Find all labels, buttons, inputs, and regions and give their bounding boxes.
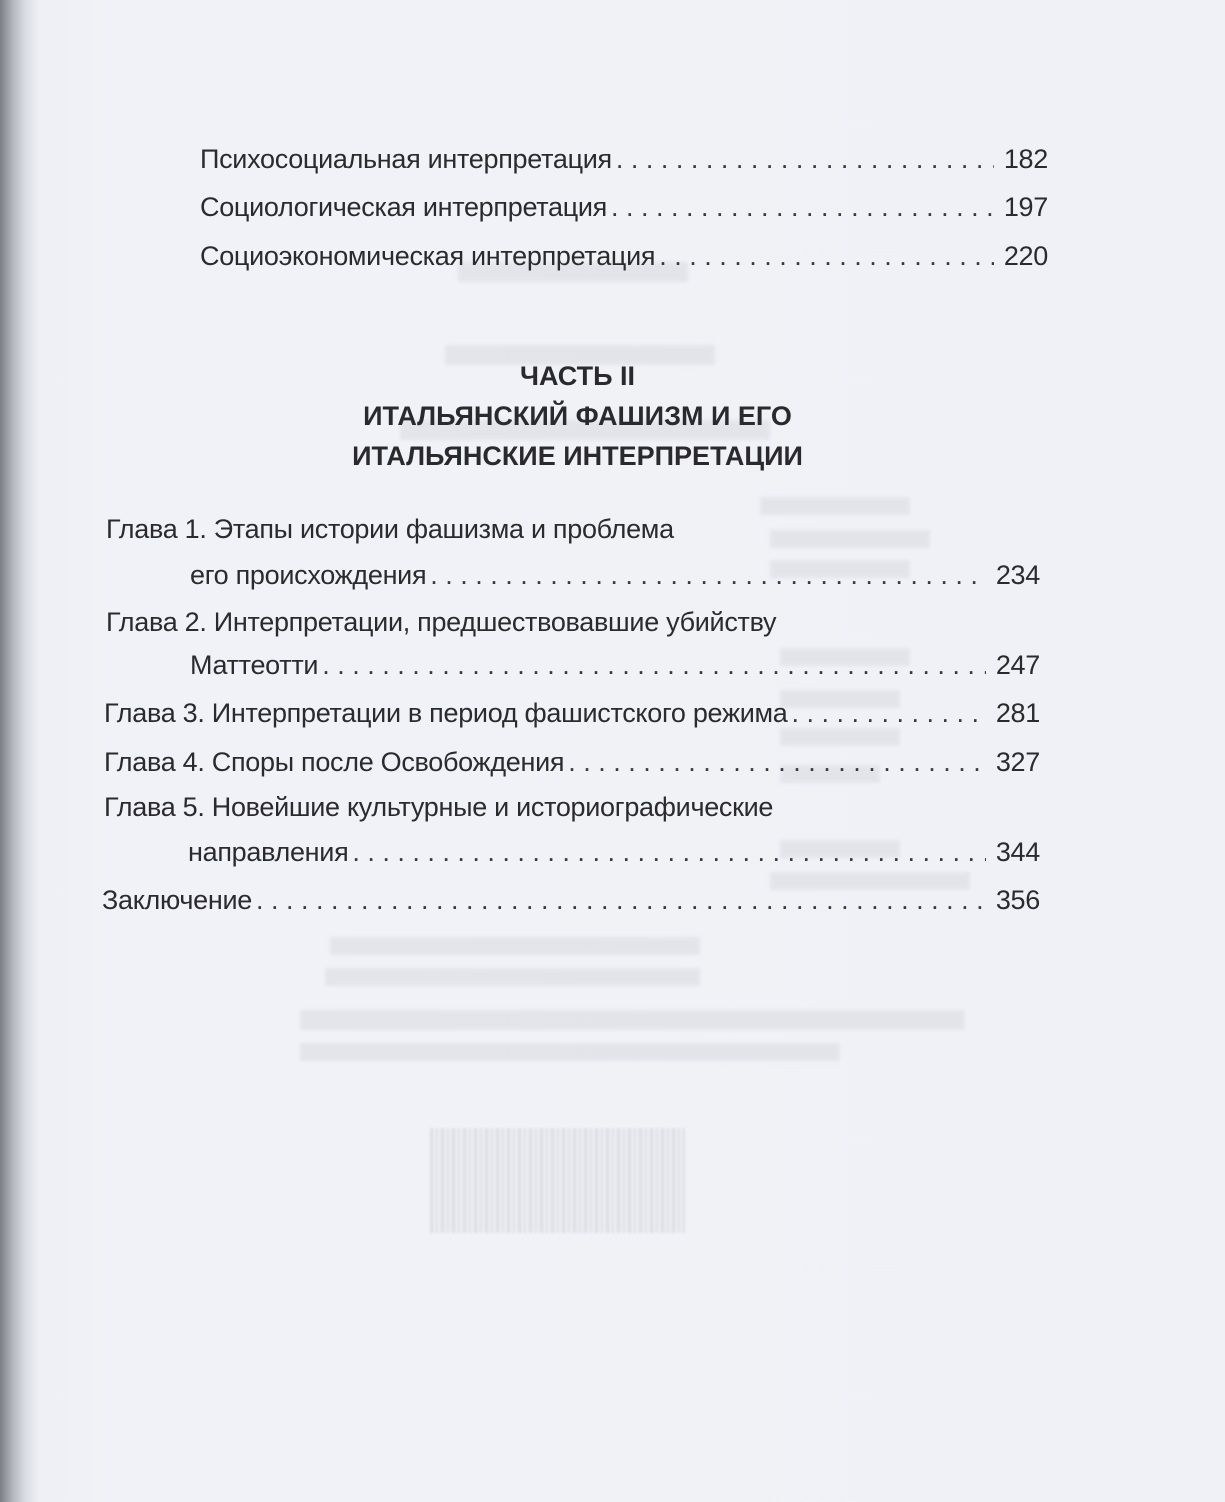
toc-entry-title: Социологическая интерпретация xyxy=(200,190,607,224)
bleed-through-text xyxy=(330,937,700,955)
toc-entry-title: Маттеотти xyxy=(190,648,318,682)
toc-entry: его происхождения 234 xyxy=(190,558,1040,592)
toc-entry: Социоэкономическая интерпретация 220 xyxy=(200,239,1048,273)
toc-entry: Глава 4. Споры после Освобождения 327 xyxy=(104,745,1040,779)
toc-entry-title: Глава 3. Интерпретации в период фашистск… xyxy=(104,696,787,730)
dot-leader xyxy=(256,883,986,917)
book-page: Психосоциальная интерпретация 182 Социол… xyxy=(0,0,1225,1502)
toc-entry: Маттеотти 247 xyxy=(190,648,1040,682)
toc-page-number: 327 xyxy=(996,745,1040,779)
dot-leader xyxy=(659,239,994,273)
bleed-through-text xyxy=(760,497,910,515)
toc-page-number: 234 xyxy=(996,558,1040,592)
bleed-through-text xyxy=(770,530,930,548)
toc-page-number: 220 xyxy=(1004,239,1048,273)
dot-leader xyxy=(568,745,986,779)
part-heading: ЧАСТЬ II ИТАЛЬЯНСКИЙ ФАШИЗМ И ЕГО ИТАЛЬЯ… xyxy=(0,356,1155,476)
chapter-title-line: Глава 5. Новейшие культурные и историогр… xyxy=(104,790,773,824)
part-title-line-1: ИТАЛЬЯНСКИЙ ФАШИЗМ И ЕГО xyxy=(0,396,1155,436)
dot-leader xyxy=(352,835,985,869)
bleed-through-text xyxy=(300,1043,840,1061)
toc-entry-title: Социоэкономическая интерпретация xyxy=(200,239,655,273)
toc-entry: направления 344 xyxy=(188,835,1040,869)
bleed-through-text xyxy=(325,968,700,986)
toc-page-number: 247 xyxy=(996,648,1040,682)
chapter-title-line: Глава 2. Интерпретации, предшествовавшие… xyxy=(106,605,776,639)
bleed-through-barcode xyxy=(430,1128,685,1233)
toc-page-number: 344 xyxy=(996,835,1040,869)
part-title-line-2: ИТАЛЬЯНСКИЕ ИНТЕРПРЕТАЦИИ xyxy=(0,436,1155,476)
toc-entry-title: направления xyxy=(188,835,348,869)
dot-leader xyxy=(611,190,994,224)
bleed-through-text xyxy=(780,728,900,746)
toc-entry: Психосоциальная интерпретация 182 xyxy=(200,142,1048,176)
toc-page-number: 281 xyxy=(996,696,1040,730)
toc-entry: Глава 3. Интерпретации в период фашистск… xyxy=(104,696,1040,730)
toc-page-number: 182 xyxy=(1004,142,1048,176)
toc-page-number: 356 xyxy=(996,883,1040,917)
toc-page-number: 197 xyxy=(1004,190,1048,224)
dot-leader xyxy=(430,558,986,592)
chapter-title-line: Глава 1. Этапы истории фашизма и проблем… xyxy=(106,512,674,546)
toc-entry-title: Глава 4. Споры после Освобождения xyxy=(104,745,564,779)
dot-leader xyxy=(616,142,994,176)
part-label: ЧАСТЬ II xyxy=(0,356,1155,396)
toc-entry-title: Психосоциальная интерпретация xyxy=(200,142,612,176)
bleed-through-text xyxy=(300,1010,965,1030)
toc-entry: Социологическая интерпретация 197 xyxy=(200,190,1048,224)
dot-leader xyxy=(322,648,986,682)
toc-entry-title: Заключение xyxy=(102,883,252,917)
dot-leader xyxy=(791,696,985,730)
toc-entry-title: его происхождения xyxy=(190,558,426,592)
toc-entry: Заключение 356 xyxy=(102,883,1040,917)
